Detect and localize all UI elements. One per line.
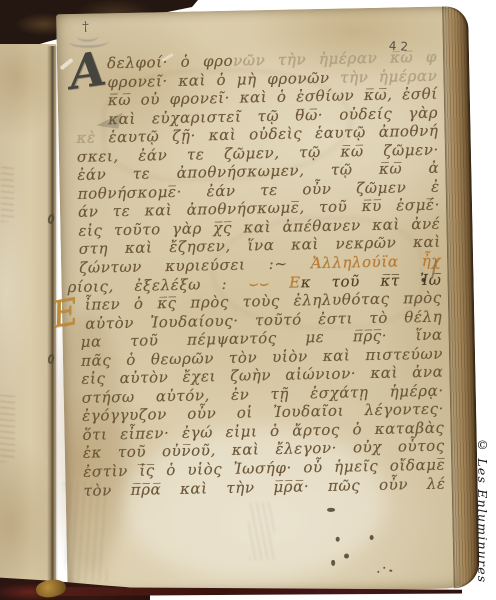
- offset-ink-mark: [0, 392, 15, 462]
- sewing-thread: [47, 353, 55, 364]
- wormhole-spot: [344, 553, 349, 558]
- offset-ink-mark: [1, 164, 14, 222]
- manuscript-text-segment: Ε: [289, 273, 301, 291]
- manuscript-text-segment: Ἀλληλούϊα ἦχ: [311, 252, 442, 273]
- manuscript-text-segment: δελφοί· ὁ φρο: [107, 52, 233, 73]
- manuscript-text-segment: ⌣⌣: [248, 273, 290, 292]
- text-block: δελφοί· ὁ φρονῶν τὴν ἡμέραν κ̅ω̅ φφρονεῖ…: [75, 48, 446, 500]
- manuscript-text-segment: τὴν ἡμέραν: [340, 66, 438, 86]
- ink-spot: [327, 508, 335, 512]
- offset-ink-mark: [63, 481, 107, 582]
- photo-frame: 42 † Α Ε δελφοί· ὁ φρονῶν τὴν ἡμέραν κ̅ω…: [0, 0, 496, 600]
- ink-speckle: [377, 571, 379, 573]
- manuscript-text-segment: κὲ: [76, 128, 108, 147]
- copyright-credit: © Les Enluminures: [475, 437, 490, 597]
- wormhole-spot: [336, 537, 340, 542]
- offset-ink-mark: [248, 502, 275, 561]
- wormhole-spot: [370, 535, 374, 540]
- ink-speckle: [383, 567, 385, 569]
- gilt-initial-epsilon: Ε: [49, 294, 81, 334]
- ink-speckle: [389, 570, 392, 572]
- manuscript-page: 42 † Α Ε δελφοί· ὁ φρονῶν τὴν ἡμέραν κ̅ω…: [56, 6, 480, 596]
- manuscript-text-segment: κ τοῦ κ̅τ̅ Ἰω̅: [301, 270, 442, 291]
- wormhole-spot: [331, 560, 335, 566]
- ink-spot: [421, 278, 425, 282]
- sewing-thread: [47, 213, 55, 224]
